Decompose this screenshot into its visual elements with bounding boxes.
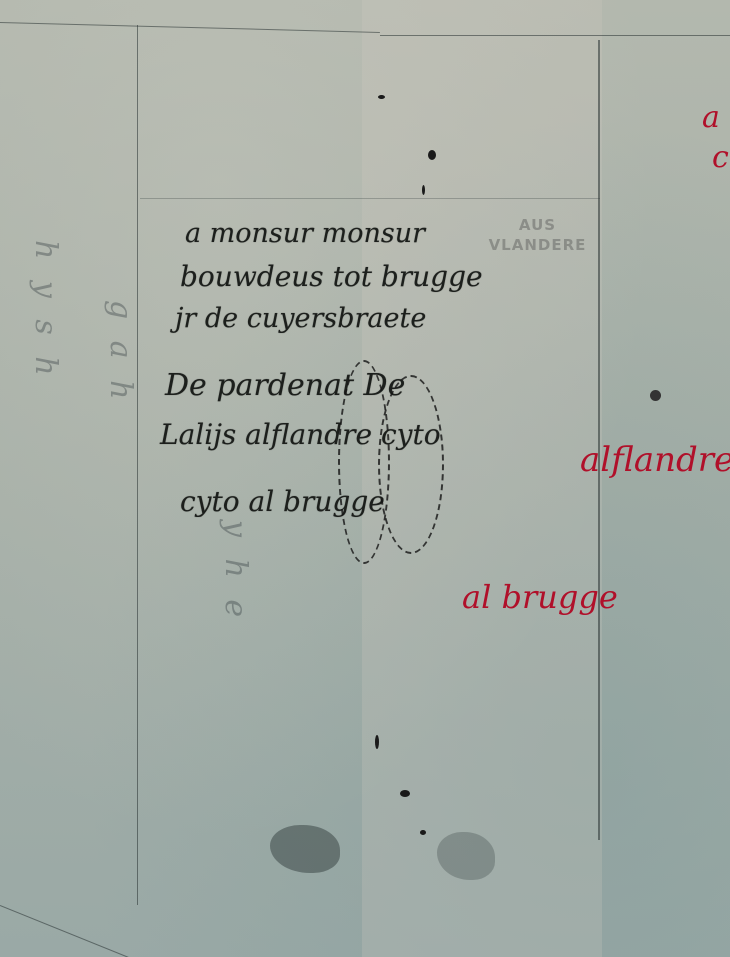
inner-top-line	[140, 198, 600, 199]
annotation-al-brugge: al brugge	[462, 578, 618, 616]
address-line-1: a monsur monsur	[185, 218, 425, 249]
ink-speck	[422, 185, 425, 195]
annotation-edge-a: a	[702, 100, 720, 135]
bleed-through-text: h y s h	[30, 240, 60, 840]
annotation-edge-c: c	[712, 140, 729, 175]
top-edge-line-right	[380, 35, 730, 36]
ink-speck	[378, 95, 385, 99]
address-line-2: bouwdeus tot brugge	[180, 260, 483, 293]
ink-speck	[650, 390, 661, 401]
address-line-3: jr de cuyersbraete	[175, 303, 426, 334]
postal-stamp: AUS VLANDERE	[475, 215, 600, 275]
stamp-line: AUS	[475, 215, 600, 235]
bleed-through-text: y h e	[220, 520, 250, 880]
ink-speck	[428, 150, 436, 160]
annotation-alflandre: alflandre	[580, 440, 730, 480]
ink-speck	[420, 830, 426, 835]
bleed-through-text: g a h	[105, 300, 135, 820]
ink-speck	[375, 735, 379, 749]
ink-speck	[400, 790, 410, 797]
left-fold-line	[137, 25, 138, 905]
stamp-line: VLANDERE	[475, 235, 600, 255]
oval-mark-right	[378, 375, 444, 554]
